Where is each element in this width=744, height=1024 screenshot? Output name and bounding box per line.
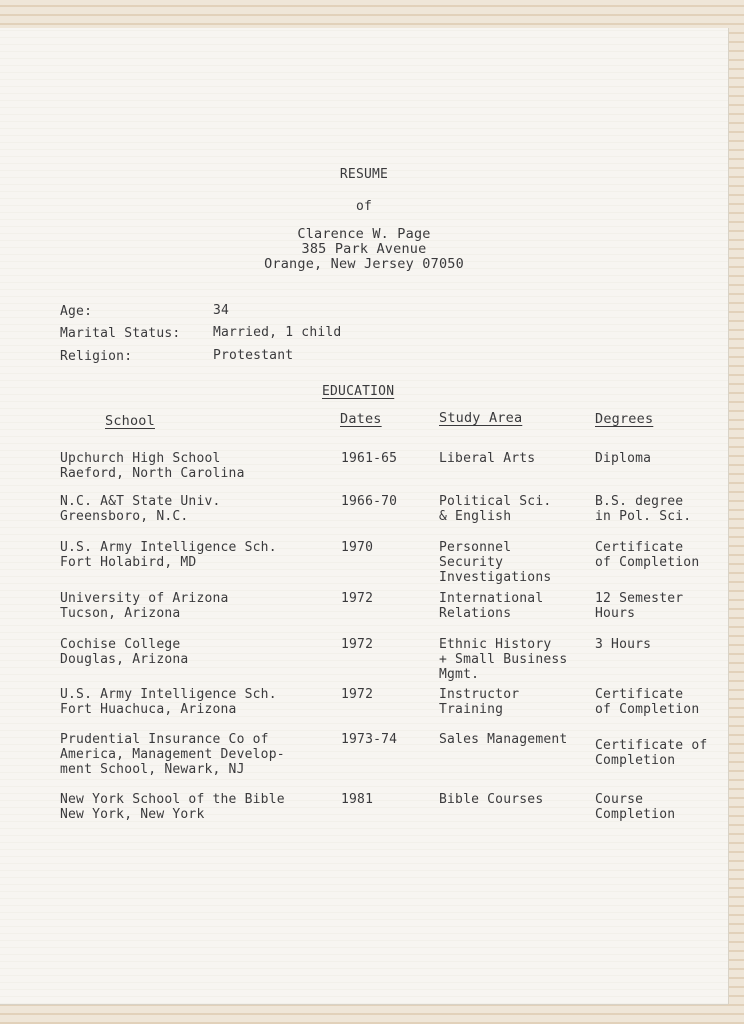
school-cell: N.C. A&T State Univ. Greensboro, N.C. (60, 494, 221, 524)
study-area-cell: Political Sci. & English (439, 494, 551, 524)
degree-cell: Certificate of Completion (595, 738, 707, 768)
degree-cell: Diploma (595, 451, 651, 466)
address-line-1: 385 Park Avenue (0, 242, 728, 257)
school-cell: Prudential Insurance Co of America, Mana… (60, 732, 285, 777)
school-cell: U.S. Army Intelligence Sch. Fort Huachuc… (60, 687, 277, 717)
school-cell: New York School of the Bible New York, N… (60, 792, 285, 822)
age-label: Age: (60, 304, 92, 319)
age-value: 34 (213, 303, 229, 318)
column-header-study-area: Study Area (439, 411, 522, 426)
school-cell: Cochise College Douglas, Arizona (60, 637, 188, 667)
school-cell: U.S. Army Intelligence Sch. Fort Holabir… (60, 540, 277, 570)
column-header-dates: Dates (340, 412, 382, 427)
school-cell: University of Arizona Tucson, Arizona (60, 591, 229, 621)
marital-status-label: Marital Status: (60, 326, 180, 341)
study-area-cell: International Relations (439, 591, 543, 621)
applicant-name: Clarence W. Page (0, 227, 728, 242)
study-area-cell: Ethnic History + Small Business Mgmt. (439, 637, 567, 682)
dates-cell: 1966-70 (341, 494, 397, 509)
degree-cell: Course Completion (595, 792, 675, 822)
degree-cell: Certificate of Completion (595, 687, 699, 717)
dates-cell: 1981 (341, 792, 373, 807)
degree-cell: Certificate of Completion (595, 540, 699, 570)
dates-cell: 1973-74 (341, 732, 397, 747)
religion-value: Protestant (213, 348, 293, 363)
column-header-school: School (105, 414, 155, 429)
study-area-cell: Bible Courses (439, 792, 543, 807)
dates-cell: 1961-65 (341, 451, 397, 466)
study-area-cell: Sales Management (439, 732, 567, 747)
dates-cell: 1972 (341, 591, 373, 606)
column-header-degrees: Degrees (595, 412, 653, 427)
address-line-2: Orange, New Jersey 07050 (0, 257, 728, 272)
marital-status-value: Married, 1 child (213, 325, 341, 340)
religion-label: Religion: (60, 349, 132, 364)
degree-cell: B.S. degree in Pol. Sci. (595, 494, 691, 524)
education-heading: EDUCATION (322, 384, 394, 399)
school-cell: Upchurch High School Raeford, North Caro… (60, 451, 245, 481)
dates-cell: 1972 (341, 687, 373, 702)
resume-title: RESUME (0, 167, 728, 182)
degree-cell: 3 Hours (595, 637, 651, 652)
study-area-cell: Liberal Arts (439, 451, 535, 466)
dates-cell: 1972 (341, 637, 373, 652)
degree-cell: 12 Semester Hours (595, 591, 683, 621)
study-area-cell: Instructor Training (439, 687, 519, 717)
study-area-cell: Personnel Security Investigations (439, 540, 551, 585)
resume-of: of (0, 199, 728, 214)
dates-cell: 1970 (341, 540, 373, 555)
